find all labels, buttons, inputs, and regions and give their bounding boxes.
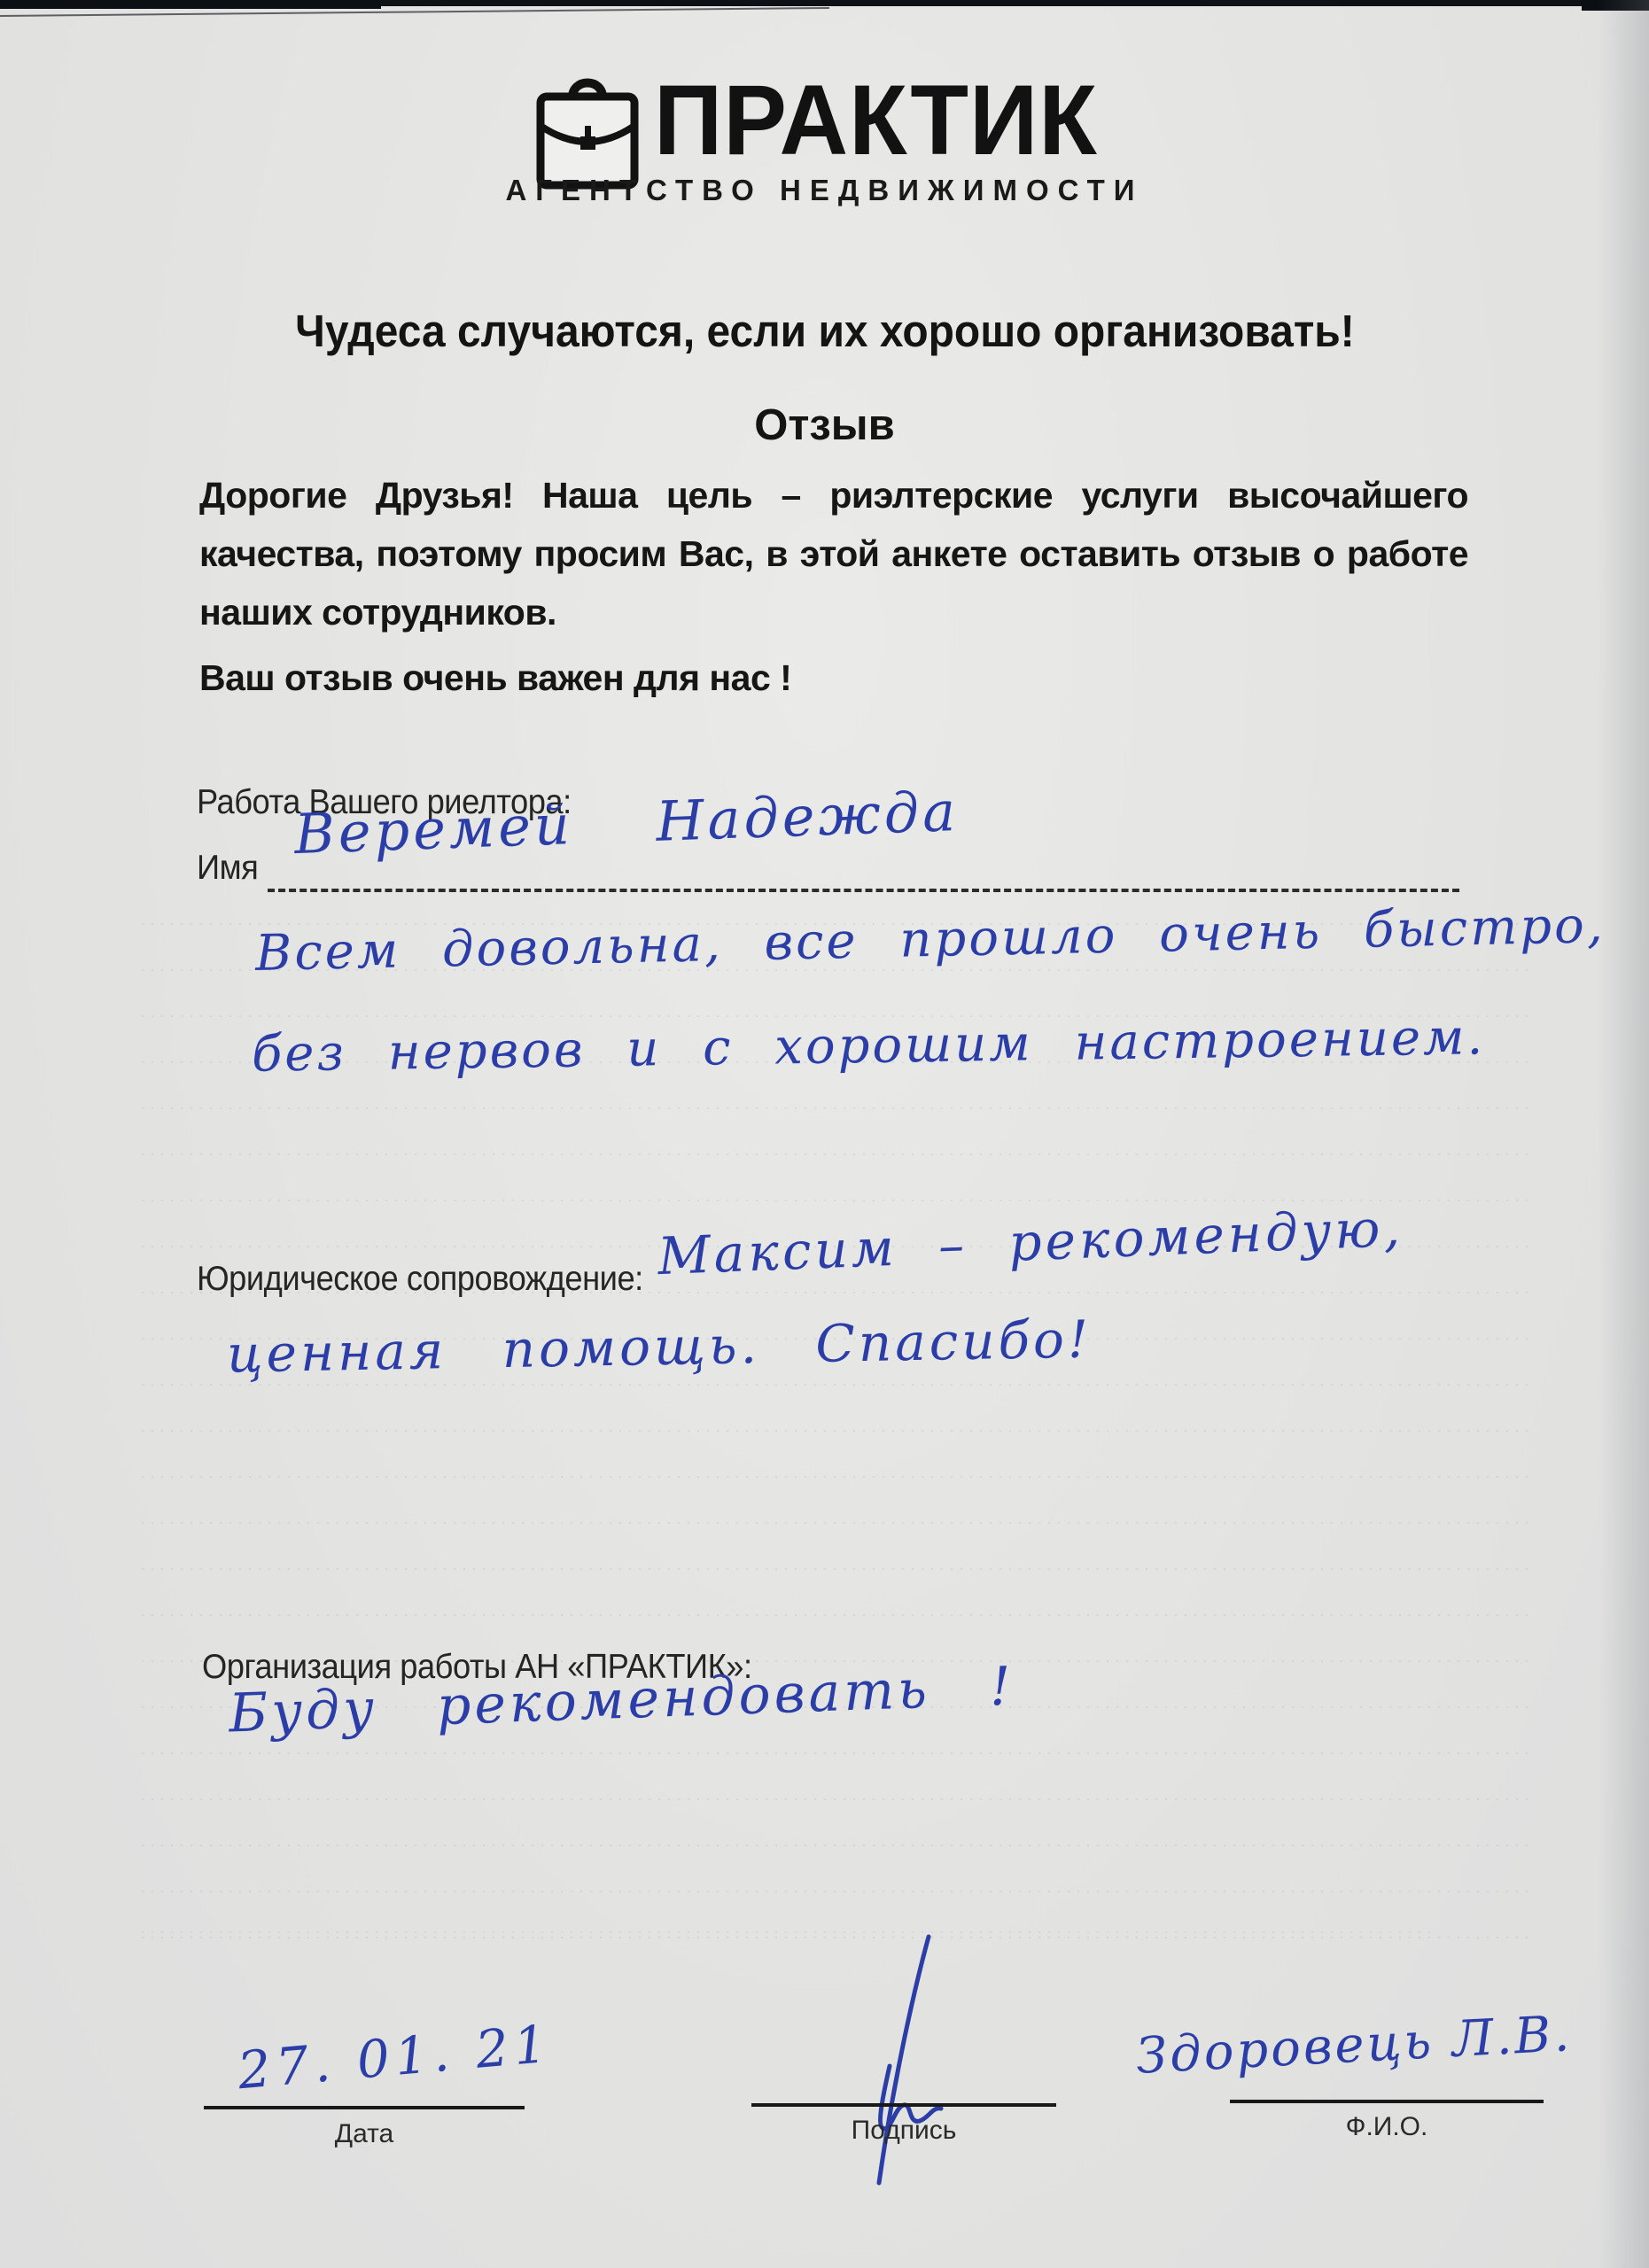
- intro-paragraph: Дорогие Друзья! Наша цель – риэлтерские …: [199, 466, 1468, 641]
- handwritten-date: 27. 01. 21: [236, 2014, 555, 2101]
- scan-edge-top-left: [0, 0, 381, 9]
- legal-section-label: Юридическое сопровождение:: [197, 1260, 677, 1299]
- fio-line: [1230, 2100, 1544, 2103]
- fio-caption: Ф.И.О.: [1230, 2112, 1544, 2142]
- dotted-guide-line-bottom: [140, 1930, 1434, 1938]
- intro-note: Ваш отзыв очень важен для нас !: [199, 657, 791, 699]
- handwritten-review-line2: без нервов и с хорошим настроением.: [252, 1008, 1486, 1083]
- signature-scribble: [824, 1933, 975, 2190]
- brand-subtitle: АГЕНТСТВО НЕДВИЖИМОСТИ: [0, 174, 1649, 207]
- form-title: Отзыв: [0, 400, 1649, 450]
- slogan: Чудеса случаются, если их хорошо организ…: [0, 305, 1649, 357]
- scanned-feedback-form: ПРАКТИК АГЕНТСТВО НЕДВИЖИМОСТИ Чудеса сл…: [0, 0, 1649, 2268]
- signature-caption: Подпись: [751, 2116, 1056, 2146]
- name-answer-line: [268, 889, 1459, 892]
- handwritten-review-line1: Всем довольна, все прошло очень быстро,: [254, 897, 1606, 983]
- handwritten-legal-line1: Максим – рекомендую,: [657, 1198, 1404, 1286]
- brand-name: ПРАКТИК: [654, 64, 1098, 177]
- handwritten-fio: Здоровець Л.В.: [1135, 2005, 1574, 2085]
- date-line: [204, 2106, 525, 2109]
- name-field-label: Имя: [197, 849, 262, 888]
- handwritten-legal-line2: ценная помощь. Спасибо!: [226, 1309, 1092, 1384]
- date-caption: Дата: [204, 2119, 525, 2149]
- signature-line: [751, 2103, 1056, 2107]
